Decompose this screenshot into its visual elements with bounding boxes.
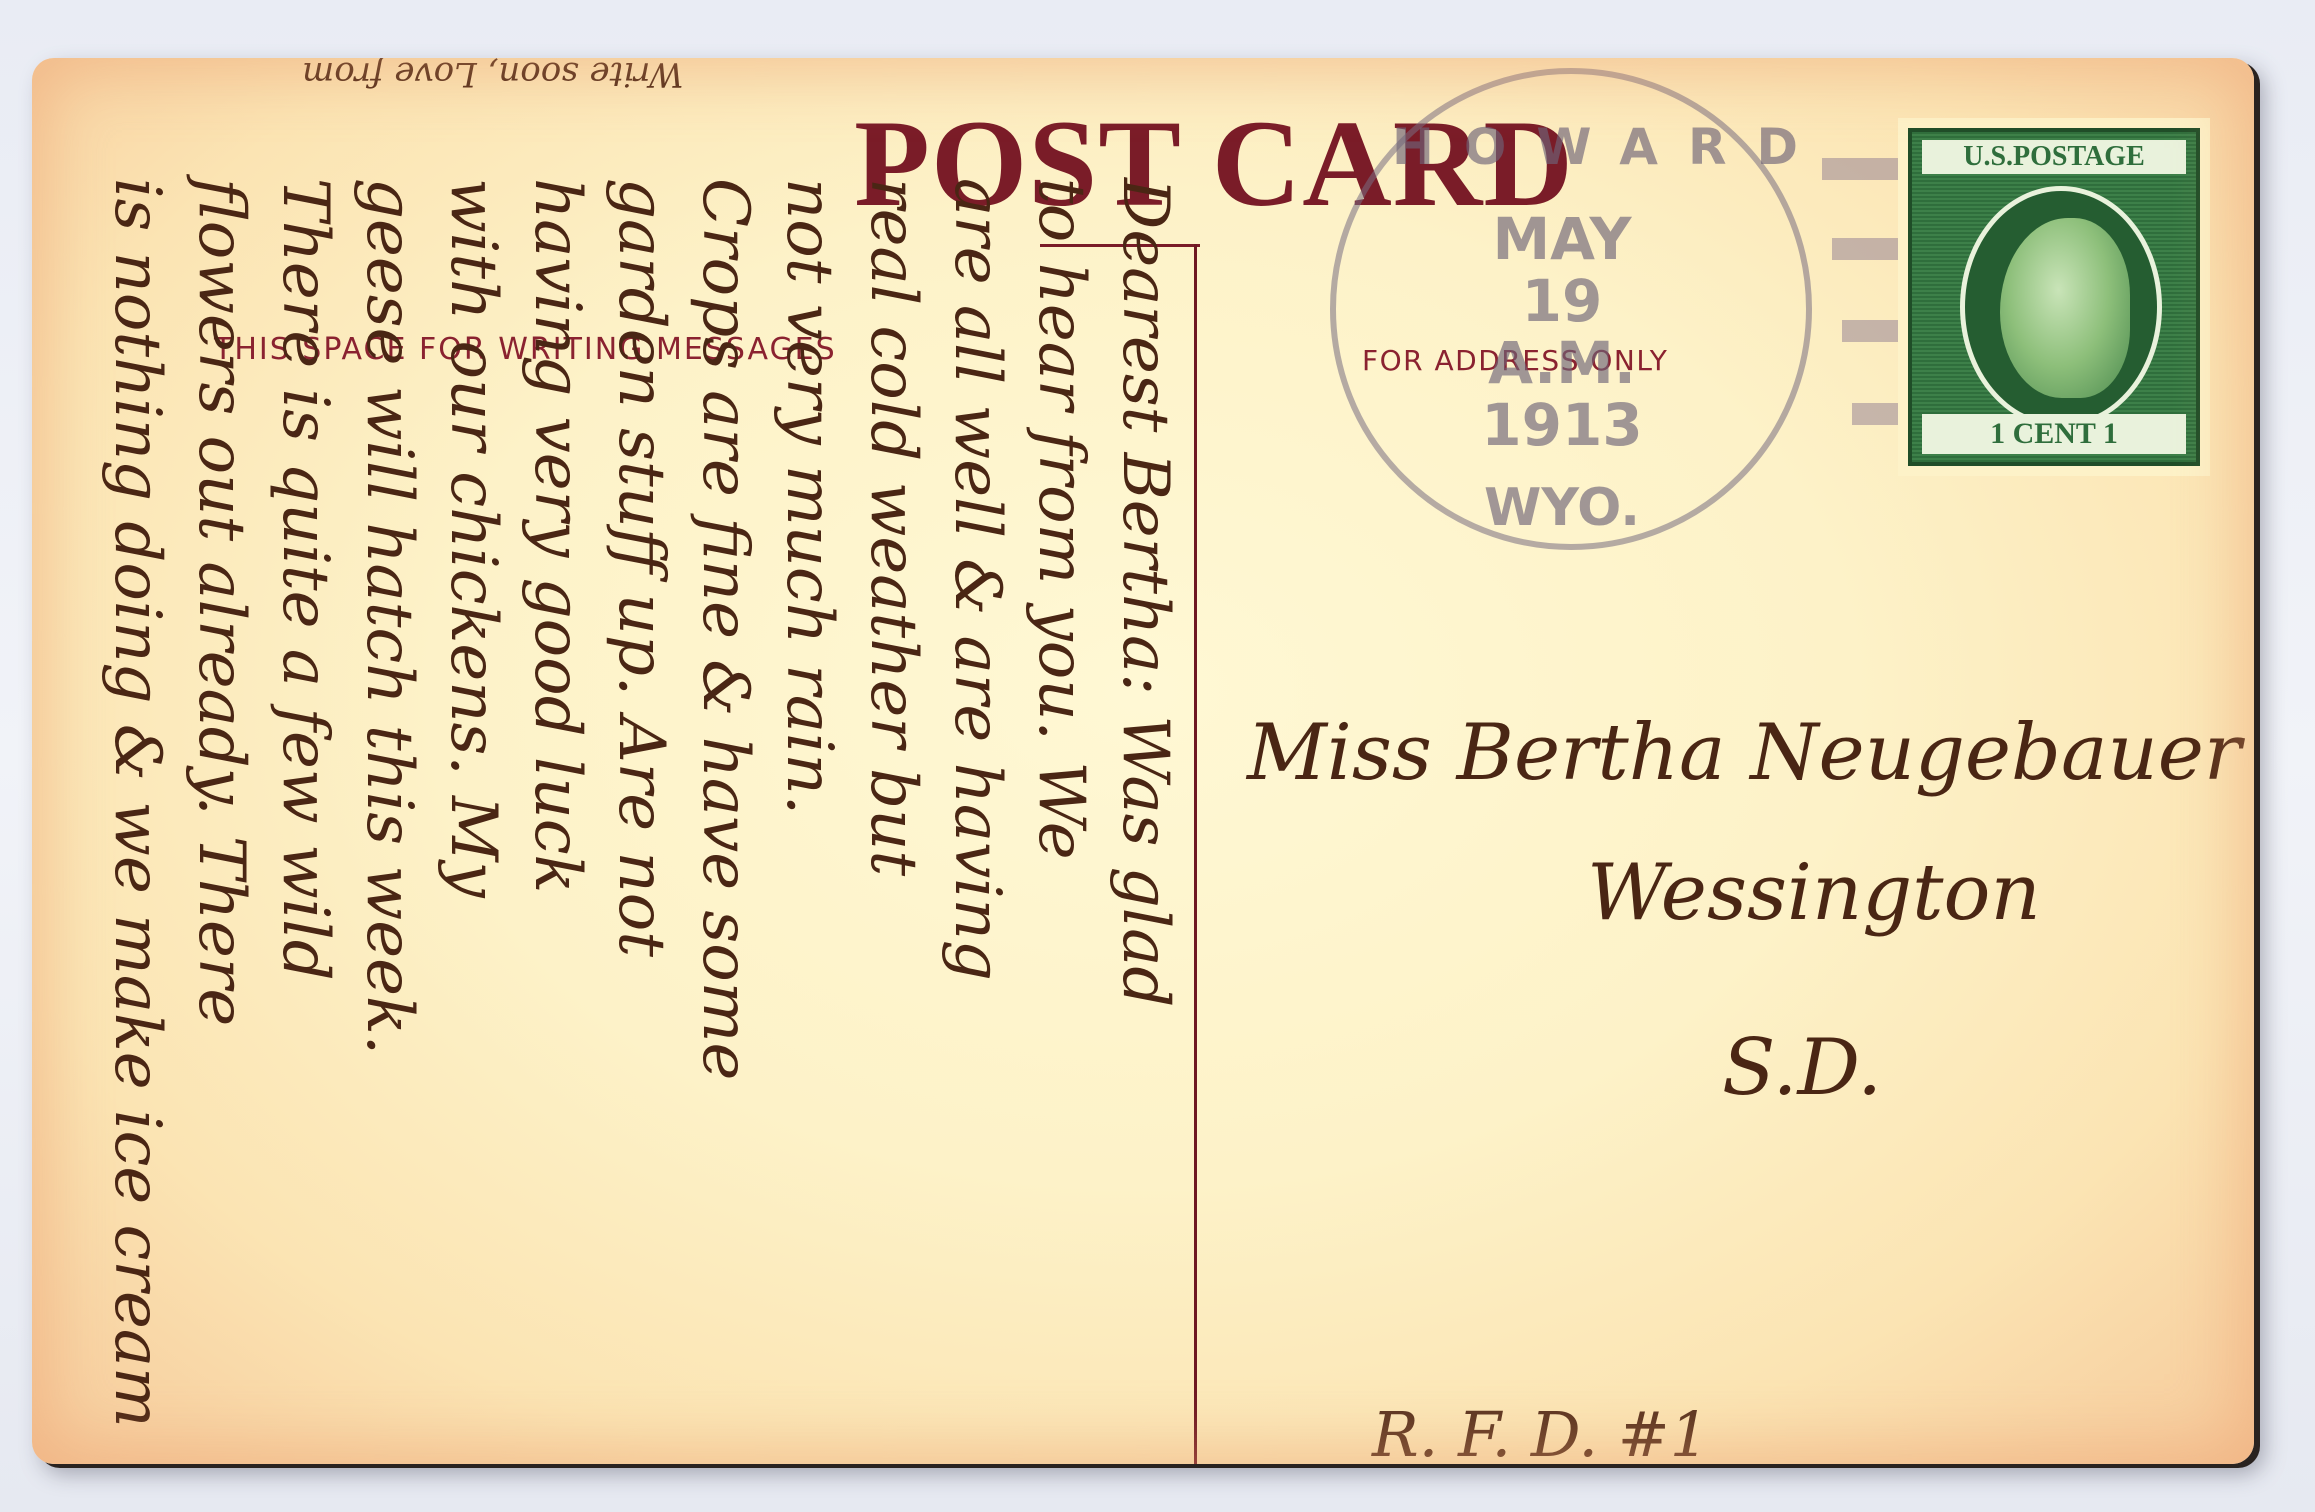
postmark-time: A.M. [1412,332,1712,394]
washington-portrait-icon [2000,218,2130,398]
message-line: having very good luck [520,178,594,893]
message-line: with our chickens. My [436,178,510,898]
postmark-day: 19 [1412,270,1712,332]
postage-stamp: U.S.POSTAGE 1 CENT 1 [1898,118,2210,476]
margin-note: Write soon, Love from [302,58,684,94]
postmark-date: MAY 19 A.M. 1913 [1412,208,1712,456]
message-line: Dearest Bertha: Was glad [1108,178,1182,1007]
postmark-town: HOWARD [1392,118,1732,176]
postmark-year: 1913 [1412,394,1712,456]
message-line: real cold weather but [856,178,930,876]
address-town: Wessington [1587,848,2041,938]
stamp-frame: U.S.POSTAGE 1 CENT 1 [1908,128,2200,466]
message-line: flowers out already. There [184,178,258,1026]
postcard: POST CARD THIS SPACE FOR WRITING MESSAGE… [32,58,2254,1464]
address-state: S.D. [1722,1023,1882,1113]
message-line: is nothing doing & we make ice cream [100,178,174,1428]
address-rfd: R. F. D. #1 [1372,1398,1709,1464]
stamp-denomination: 1 CENT 1 [1922,414,2186,454]
postmark-state: WYO. [1452,478,1672,538]
message-line: There is quite a few wild [268,178,342,981]
center-divider [1194,244,1197,1464]
message-line: Crops are fine & have some [688,178,762,1080]
address-recipient: Miss Bertha Neugebauer [1247,708,2241,798]
message-line: geese will hatch this week. [352,178,426,1055]
postmark-month: MAY [1412,208,1712,270]
message-line: are all well & are having [940,178,1014,981]
stamp-top-text: U.S.POSTAGE [1922,140,2186,174]
message-line: garden stuff up. Are not [604,178,678,957]
message-line: not very much rain. [772,178,846,815]
message-line: to hear from you. We [1024,178,1098,860]
